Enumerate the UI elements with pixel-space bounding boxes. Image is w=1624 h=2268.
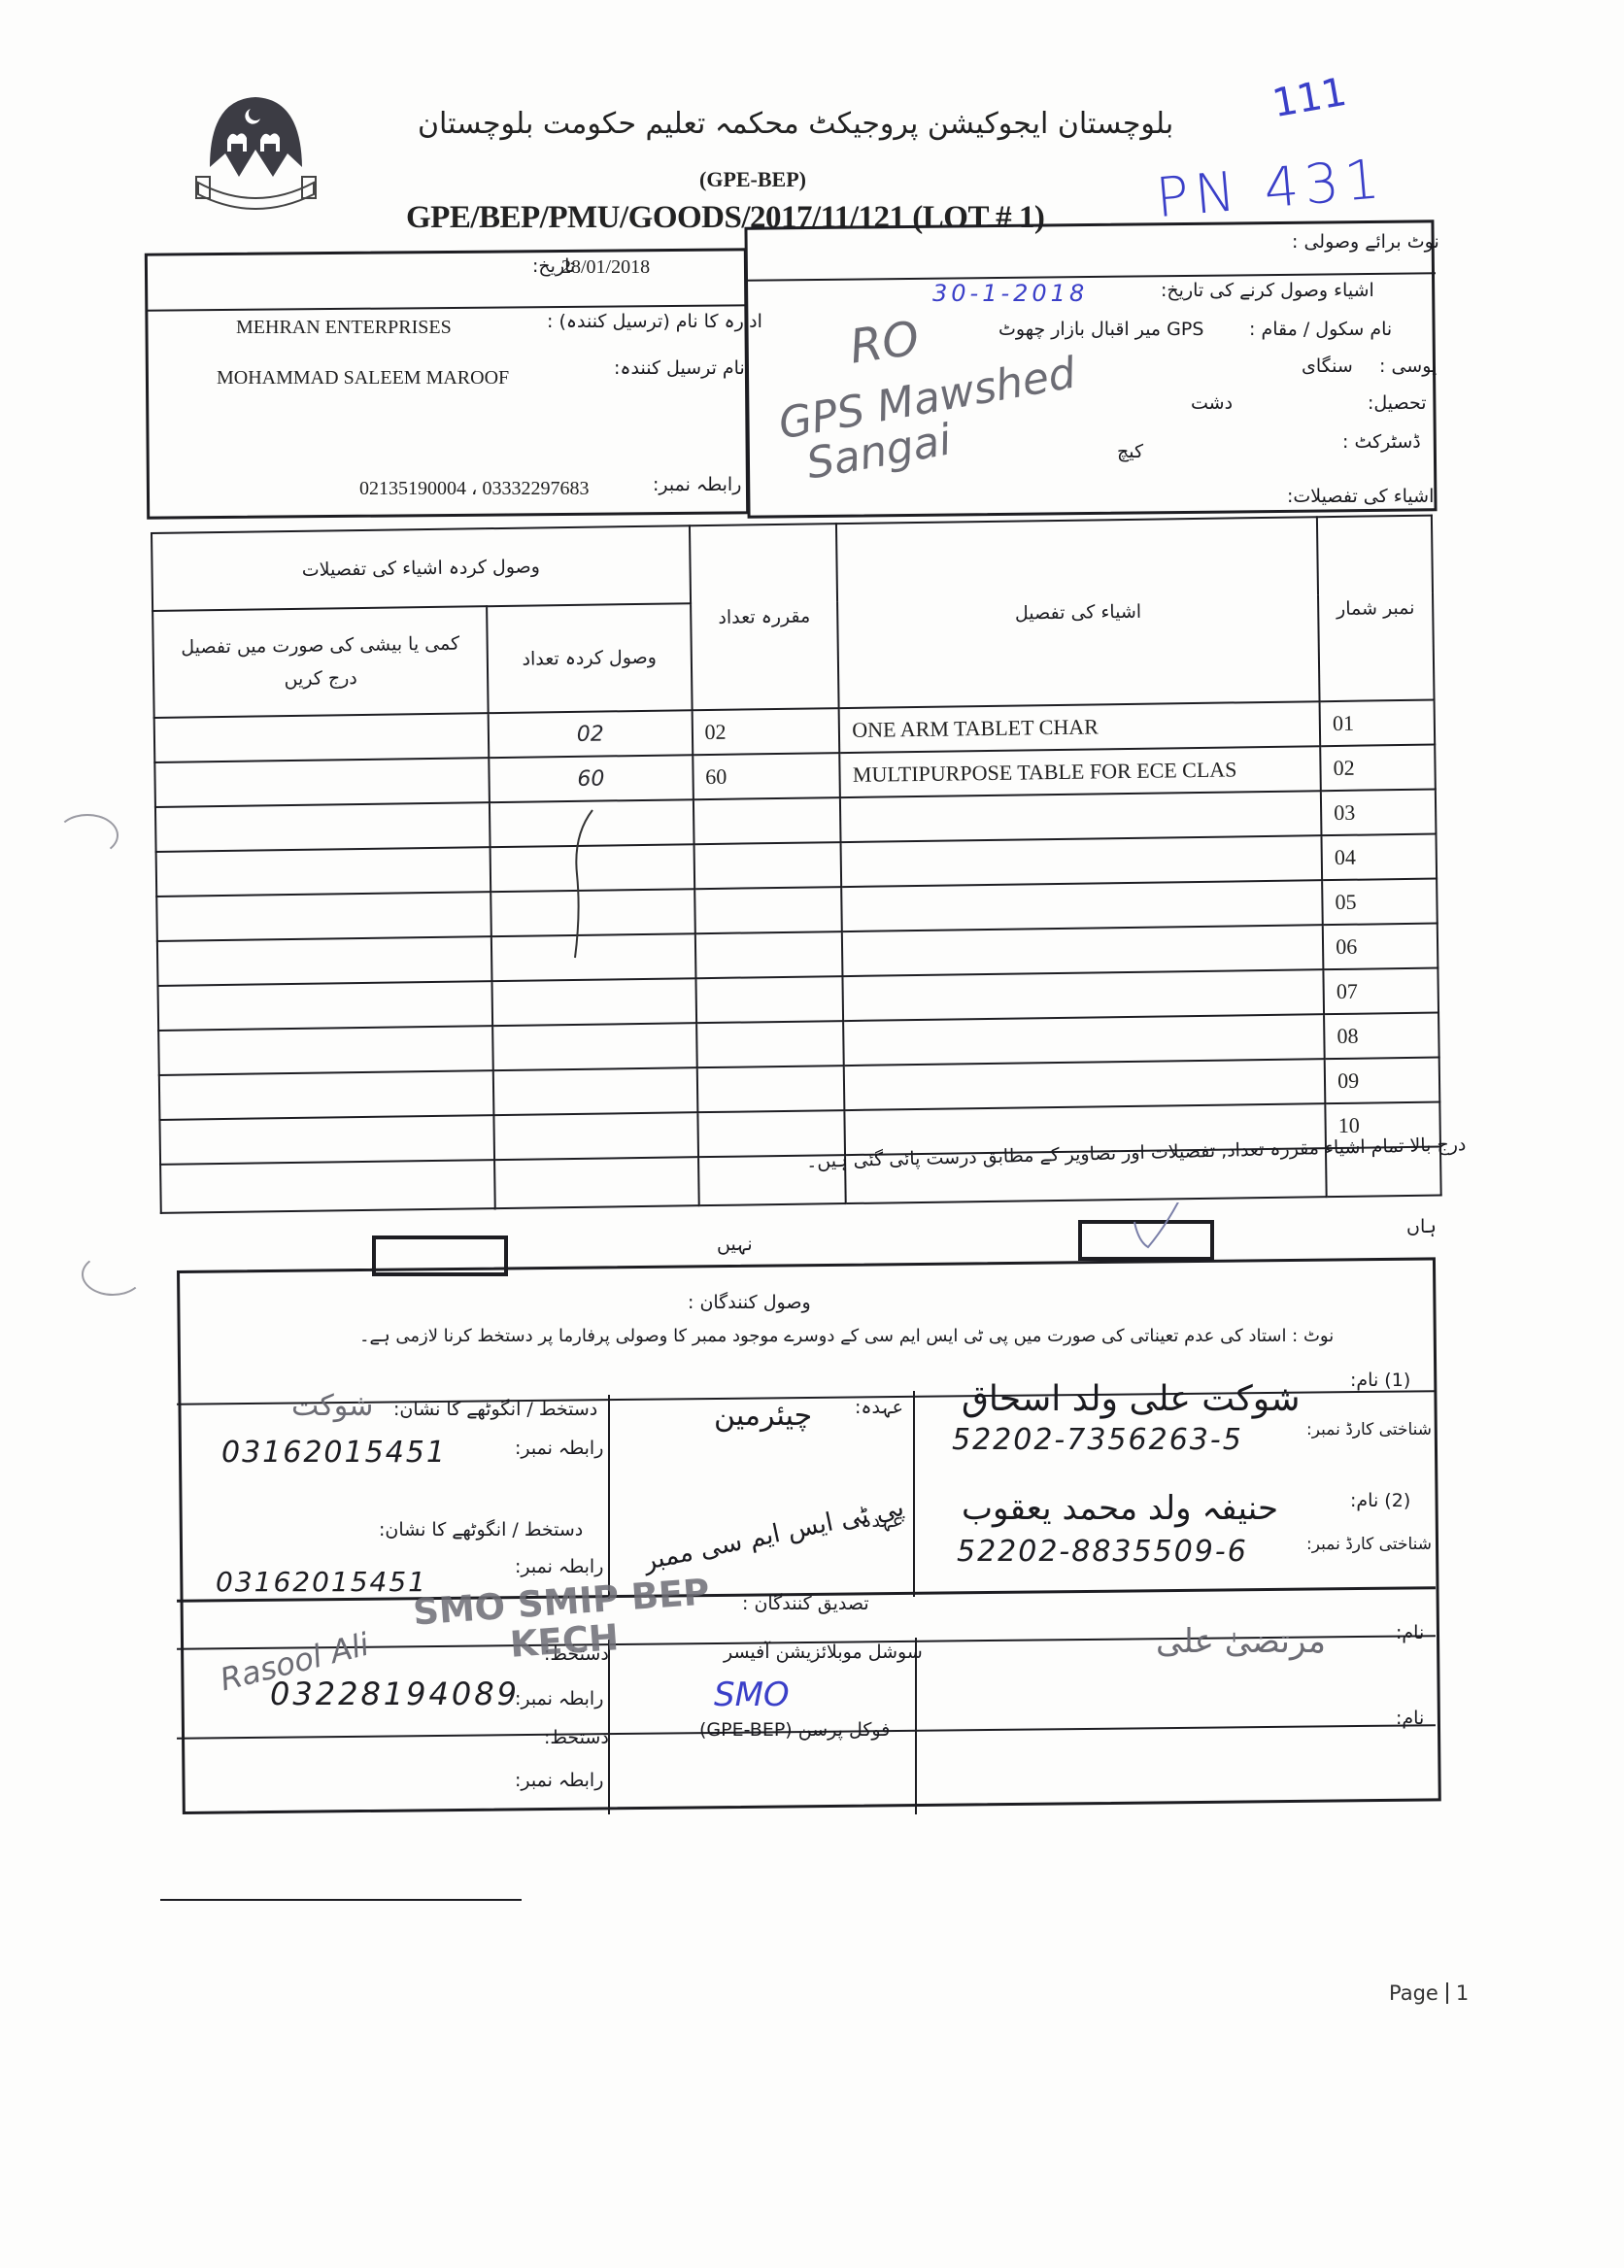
received-qty-cell: 02 xyxy=(489,710,693,758)
page-separator xyxy=(1446,1982,1448,2004)
header-title-urdu: بلوچستان ایجوکیشن پروجیکٹ محکمہ تعلیم حک… xyxy=(418,107,1173,141)
district-label: ڈسٹرکٹ : xyxy=(1342,431,1421,453)
person1-cnic: 52202-7356263-5 xyxy=(952,1423,1243,1457)
person1-name: شوکت علی ولد اسحاق xyxy=(962,1379,1301,1419)
person2-cnic-label: شناختی کارڈ نمبر: xyxy=(1306,1535,1432,1554)
serial-cell: 03 xyxy=(1321,790,1436,836)
received-qty-cell: 60 xyxy=(489,755,693,802)
allotted-qty-cell xyxy=(695,976,843,1023)
person1-contact: 03162015451 xyxy=(221,1436,447,1470)
remarks-cell xyxy=(154,713,490,762)
serial-cell: 02 xyxy=(1320,745,1435,792)
person2-cnic: 52202-8835509-6 xyxy=(957,1535,1248,1569)
tehsil-label: تحصیل: xyxy=(1368,392,1427,414)
allotted-qty-cell xyxy=(694,887,842,933)
school-value: GPS میر اقبال بازار چھوٹ xyxy=(998,319,1203,340)
supplier-contact-label: رابطہ نمبر: xyxy=(653,474,741,495)
description-cell xyxy=(843,1014,1324,1066)
remarks-cell xyxy=(159,1115,494,1165)
receive-date-label: اشیاء وصول کرنے کی تاریخ: xyxy=(1161,280,1374,301)
sender-name-value: MOHAMMAD SALEEM MAROOF xyxy=(217,367,509,389)
district-value: کیچ xyxy=(1117,441,1143,462)
yes-checkbox[interactable] xyxy=(1078,1220,1214,1261)
allotted-qty-cell xyxy=(694,931,842,978)
government-emblem-logo xyxy=(190,89,321,216)
received-qty-header: وصول کردہ تعداد xyxy=(487,603,692,713)
verifier2-role: فوکل پرسن (GPE-BEP) xyxy=(699,1719,890,1741)
divider xyxy=(915,1638,917,1814)
allotted-qty-header: مقررہ تعداد xyxy=(690,524,839,710)
remarks-cell xyxy=(158,981,493,1031)
school-label: نام سکول / مقام : xyxy=(1249,319,1392,340)
header-subtitle: (GPE-BEP) xyxy=(699,167,806,192)
page-number: Page1 xyxy=(1389,1981,1469,2005)
verifier1-contact: 03228194089 xyxy=(270,1676,520,1712)
remarks-cell xyxy=(156,847,491,897)
handwritten-top-mark: 111 xyxy=(1269,70,1350,127)
allotted-qty-cell xyxy=(694,797,841,844)
uc-label: یوسی : xyxy=(1379,355,1437,377)
person2-signature-label: دستخط / انگوٹھے کا نشان: xyxy=(379,1519,583,1540)
punch-hole xyxy=(82,1253,144,1296)
received-qty-cell xyxy=(492,1023,696,1070)
serial-cell: 06 xyxy=(1323,924,1438,970)
description-cell: MULTIPURPOSE TABLE FOR ECE CLAS xyxy=(840,746,1321,797)
verifier1-role: سوشل موبلائزیشن آفیسر xyxy=(724,1642,923,1663)
allotted-qty-cell: 02 xyxy=(692,708,839,755)
supplier-contact-value: 02135190004 ، 03332297683 xyxy=(359,476,589,500)
description-cell xyxy=(842,925,1323,976)
dispatch-date: 28/01/2018 xyxy=(561,256,650,279)
verifiers-title: تصدیق کنندگان : xyxy=(742,1593,869,1614)
remarks-cell xyxy=(156,892,491,941)
yes-label: ہاں xyxy=(1406,1216,1437,1237)
sender-name-label: نام ترسیل کنندہ: xyxy=(614,357,745,379)
divider xyxy=(913,1391,915,1597)
verifier2-signature-label: دستخط: xyxy=(544,1727,609,1748)
receivers-note: نوٹ : استاد کی عدم تعیناتی کی صورت میں پ… xyxy=(359,1326,1334,1346)
tehsil-value: دشت xyxy=(1191,392,1233,414)
verifier1-contact-label: رابطہ نمبر: xyxy=(515,1688,603,1709)
person1-designation-label: عہدہ: xyxy=(855,1397,903,1418)
handwritten-ditto-mark xyxy=(554,806,602,962)
person2-index-name-label: (2) نام: xyxy=(1350,1490,1410,1511)
person1-contact-label: رابطہ نمبر: xyxy=(515,1438,603,1459)
person1-designation: چیئرمین xyxy=(714,1399,812,1433)
description-cell xyxy=(840,791,1321,842)
org-name-label: ادارہ کا نام (ترسیل کنندہ) : xyxy=(547,311,762,332)
handwritten-pn-number: PN 431 xyxy=(1154,148,1388,230)
remarks-cell xyxy=(154,758,490,807)
remarks-cell xyxy=(155,802,491,852)
handwritten-annotation-line1: RO xyxy=(846,311,922,374)
items-table: وصول کردہ اشیاء کی تفصیلات مقررہ تعداد ا… xyxy=(151,515,1442,1214)
serial-cell: 09 xyxy=(1325,1058,1439,1104)
person2-contact-label: رابطہ نمبر: xyxy=(515,1556,603,1577)
org-name-value: MEHRAN ENTERPRISES xyxy=(236,317,452,339)
received-qty-cell xyxy=(493,1067,697,1115)
receipt-note-title: نوٹ برائے وصولی : xyxy=(1292,231,1439,253)
divider xyxy=(608,1395,610,1599)
remarks-cell xyxy=(159,1070,494,1120)
serial-header: نمبر شمار xyxy=(1317,516,1435,702)
items-section-label: اشیاء کی تفصیلات: xyxy=(1287,486,1434,507)
person2-contact: 03162015451 xyxy=(216,1566,427,1598)
official-stamp-line2: KECH xyxy=(509,1616,621,1666)
serial-cell: 08 xyxy=(1324,1013,1438,1060)
received-qty-cell xyxy=(494,1112,698,1160)
uc-value: سنگای xyxy=(1302,355,1353,377)
verifier2-name-label: نام: xyxy=(1396,1708,1424,1729)
received-qty-cell xyxy=(492,978,696,1026)
serial-cell: 01 xyxy=(1320,700,1435,747)
verifier1-name: مرتضیٰ علی xyxy=(1156,1622,1326,1661)
description-cell xyxy=(841,835,1322,887)
receivers-title: وصول کنندگان : xyxy=(688,1292,811,1313)
receive-date-value: 30-1-2018 xyxy=(932,280,1088,307)
person2-name: حنیفہ ولد محمد یعقوب xyxy=(962,1488,1278,1528)
no-label: نہیں xyxy=(717,1234,753,1255)
allotted-qty-cell xyxy=(696,1066,844,1112)
verifier2-contact-label: رابطہ نمبر: xyxy=(515,1770,603,1791)
description-cell xyxy=(843,969,1324,1021)
serial-cell: 04 xyxy=(1322,834,1437,881)
punch-hole xyxy=(56,814,118,857)
discrepancy-header: کمی یا بیشی کی صورت میں تفصیل درج کریں xyxy=(152,606,489,718)
person1-index-name-label: (1) نام: xyxy=(1350,1370,1410,1391)
remarks-cell xyxy=(158,1026,493,1075)
allotted-qty-cell xyxy=(694,842,841,889)
person1-cnic-label: شناختی کارڈ نمبر: xyxy=(1306,1420,1432,1439)
description-cell xyxy=(842,880,1323,931)
received-group-header: وصول کردہ اشیاء کی تفصیلات xyxy=(152,525,691,611)
allotted-qty-cell: 60 xyxy=(693,753,840,799)
description-cell xyxy=(844,1059,1325,1110)
person1-signature-label: دستخط / انگوٹھے کا نشان: xyxy=(393,1399,597,1420)
serial-cell: 07 xyxy=(1324,968,1438,1015)
verifier1-name-label: نام: xyxy=(1396,1622,1424,1643)
remarks-cell xyxy=(157,936,492,986)
checkmark-icon xyxy=(1078,1202,1214,1261)
description-cell: ONE ARM TABLET CHAR xyxy=(839,701,1320,753)
footer-divider xyxy=(160,1899,522,1901)
serial-cell: 05 xyxy=(1322,879,1437,926)
person1-signature: شوکت xyxy=(291,1389,373,1423)
allotted-qty-cell xyxy=(696,1021,844,1067)
verifier1-role-handwritten: SMO xyxy=(714,1676,790,1714)
description-header: اشیاء کی تفصیل xyxy=(836,517,1319,708)
